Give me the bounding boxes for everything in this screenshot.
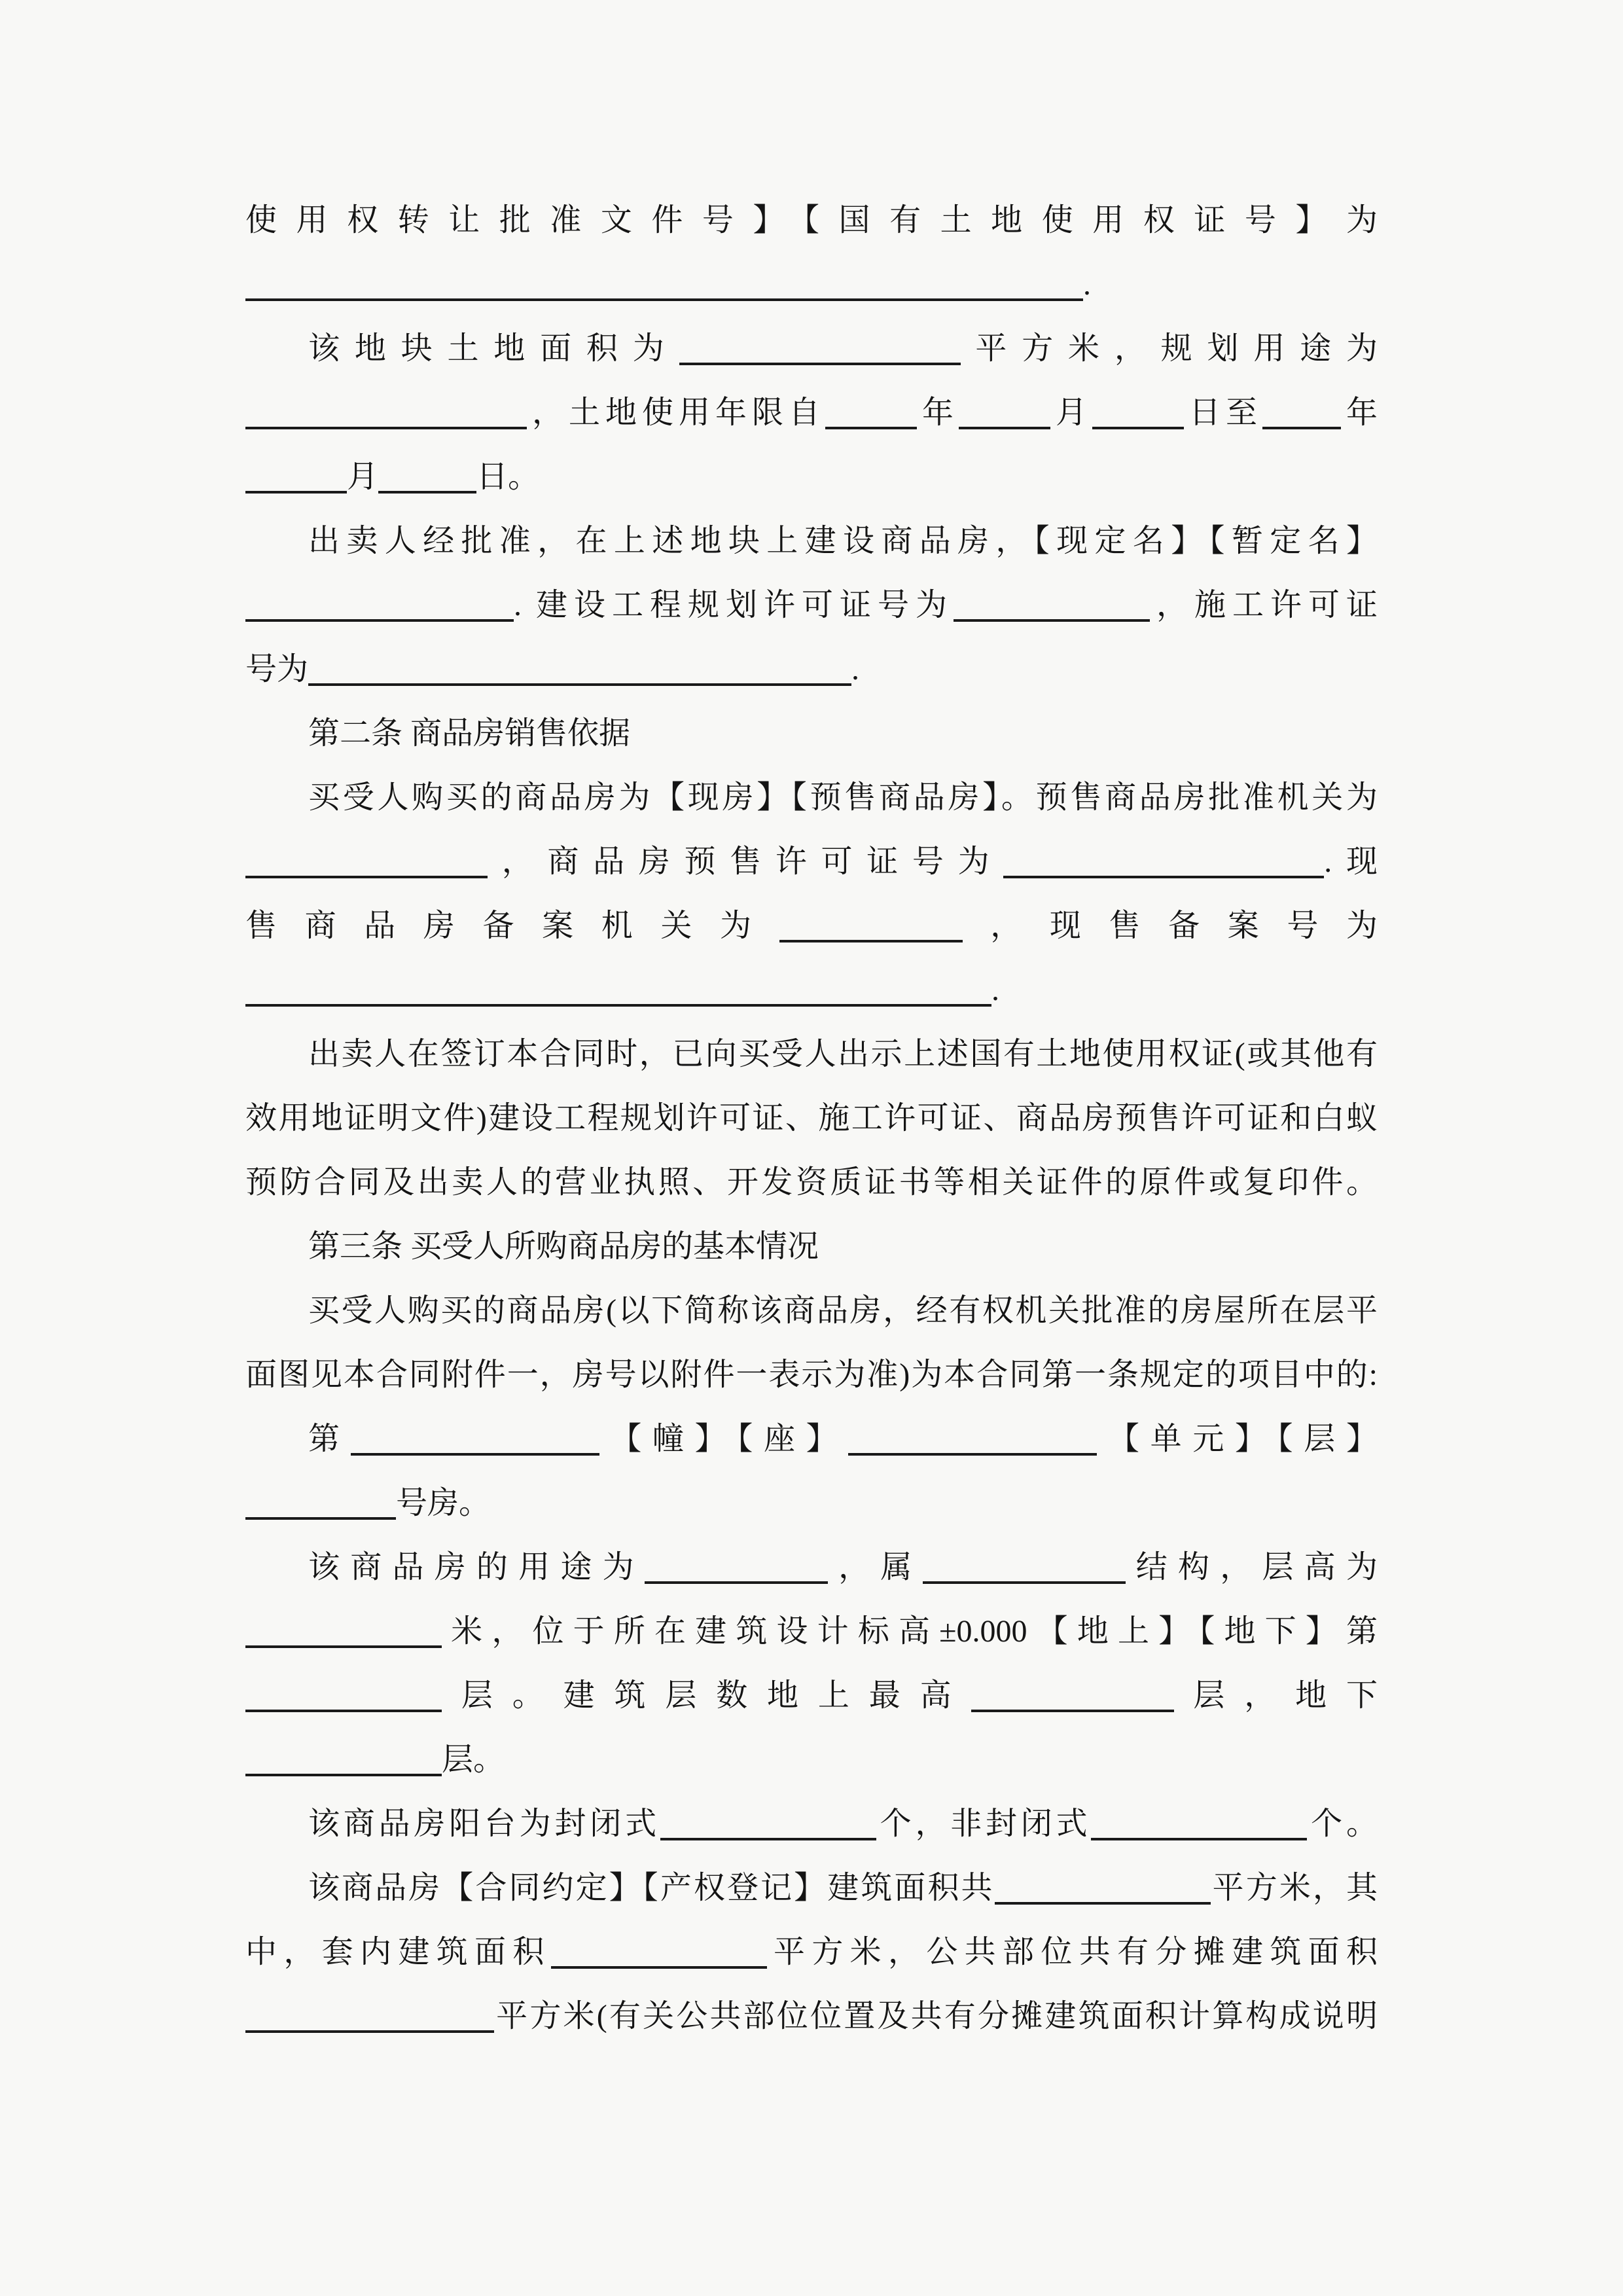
text-run: 第 xyxy=(308,1422,351,1456)
text-run: 该商品房的用途为 xyxy=(308,1550,645,1585)
contract-line-4: ，土地使用年限自年月日至年 xyxy=(245,381,1378,445)
text-run: 预防合同及出卖人的营业执照、开发资质证书等相关证件的原件或复印件。 xyxy=(245,1165,1378,1200)
blank-field xyxy=(245,289,1083,301)
contract-line-24: 层。建筑层数地上最高层，地下 xyxy=(245,1664,1378,1728)
text-run: 平方米，其 xyxy=(1211,1871,1378,1905)
contract-line-14: 出卖人在签订本合同时，已向买受人出示上述国有土地使用权证(或其他有 xyxy=(245,1022,1378,1086)
contract-line-3: 该地块土地面积为平方米，规划用途为 xyxy=(245,317,1378,381)
text-run: 个。 xyxy=(1307,1806,1378,1841)
contract-line-26: 该商品房阳台为封闭式个，非封闭式个。 xyxy=(245,1792,1378,1856)
blank-field xyxy=(308,674,851,686)
blank-field xyxy=(825,418,917,429)
text-run: 号为 xyxy=(245,652,308,687)
blank-field xyxy=(954,610,1150,622)
contract-line-28: 中，套内建筑面积平方米，公共部位共有分摊建筑面积 xyxy=(245,1920,1378,1984)
blank-field xyxy=(245,2021,494,2033)
blank-field xyxy=(245,1765,442,1776)
contract-line-16: 预防合同及出卖人的营业执照、开发资质证书等相关证件的原件或复印件。 xyxy=(245,1151,1378,1215)
blank-field xyxy=(551,1957,767,1969)
blank-field xyxy=(351,1444,599,1456)
contract-line-6: 出卖人经批准，在上述地块上建设商品房，【现定名】【暂定名】 xyxy=(245,509,1378,573)
text-run: 结构，层高为 xyxy=(1126,1550,1378,1585)
blank-field xyxy=(245,1508,396,1520)
blank-field xyxy=(848,1444,1097,1456)
text-run: 层。建筑层数地上最高 xyxy=(442,1678,971,1713)
text-run: ，属 xyxy=(828,1550,923,1585)
text-run: 平方米(有关公共部位位置及共有分摊建筑面积计算构成说明 xyxy=(494,1999,1378,2034)
blank-field xyxy=(1092,418,1184,429)
contract-line-8: 号为. xyxy=(245,637,1378,702)
text-run: 米，位于所在建筑设计标高±0.000【地上】【地下】第 xyxy=(442,1614,1378,1649)
blank-field xyxy=(679,353,961,365)
blank-field xyxy=(660,1829,876,1840)
text-run: 出卖人经批准，在上述地块上建设商品房，【现定名】【暂定名】 xyxy=(308,524,1378,558)
text-run: ，土地使用年限自 xyxy=(527,395,825,430)
blank-field xyxy=(1091,1829,1307,1840)
blank-field xyxy=(245,867,488,878)
blank-field xyxy=(645,1572,828,1584)
contract-line-1: 使用权转让批准文件号】【国有土地使用权证号】为 xyxy=(245,188,1378,253)
text-run: 该商品房阳台为封闭式 xyxy=(308,1806,660,1841)
contract-line-20: 第【幢】【座】【单元】【层】 xyxy=(245,1407,1378,1471)
text-run: 【幢】【座】 xyxy=(599,1422,849,1456)
text-run: .现 xyxy=(1324,844,1378,879)
text-run: 使用权转让批准文件号】【国有土地使用权证号】为 xyxy=(245,203,1378,238)
text-run: 中，套内建筑面积 xyxy=(245,1935,551,1969)
text-run: 效用地证明文件)建设工程规划许可证、施工许可证、商品房预售许可证和白蚁 xyxy=(245,1101,1378,1136)
contract-line-17: 第三条 买受人所购商品房的基本情况 xyxy=(245,1215,1378,1279)
contract-line-18: 买受人购买的商品房(以下简称该商品房，经有权机关批准的房屋所在层平 xyxy=(245,1279,1378,1343)
contract-line-7: . 建设工程规划许可证号为，施工许可证 xyxy=(245,573,1378,637)
text-run: 出卖人在签订本合同时，已向买受人出示上述国有土地使用权证(或其他有 xyxy=(308,1037,1378,1071)
text-run: 日。 xyxy=(476,459,539,494)
blank-field xyxy=(779,931,963,942)
blank-field xyxy=(995,1893,1211,1905)
text-run: ，现售备案号为 xyxy=(963,908,1378,943)
text-run: 号房。 xyxy=(396,1486,490,1520)
blank-field xyxy=(923,1572,1126,1584)
blank-field xyxy=(245,418,527,429)
blank-field xyxy=(378,482,476,493)
blank-field xyxy=(1262,418,1341,429)
text-run: 年 xyxy=(1341,395,1378,430)
text-run: 个，非封闭式 xyxy=(876,1806,1092,1841)
contract-line-23: 米，位于所在建筑设计标高±0.000【地上】【地下】第 xyxy=(245,1600,1378,1664)
text-run: ，商品房预售许可证号为 xyxy=(488,844,1003,879)
text-run: 层。 xyxy=(442,1742,505,1777)
contract-line-10: 买受人购买的商品房为【现房】【预售商品房】。预售商品房批准机关为 xyxy=(245,766,1378,830)
text-run: 月 xyxy=(1050,395,1092,430)
contract-line-27: 该商品房【合同约定】【产权登记】建筑面积共平方米，其 xyxy=(245,1856,1378,1920)
contract-line-15: 效用地证明文件)建设工程规划许可证、施工许可证、商品房预售许可证和白蚁 xyxy=(245,1086,1378,1151)
contract-line-22: 该商品房的用途为，属结构，层高为 xyxy=(245,1535,1378,1600)
text-run: 第三条 买受人所购商品房的基本情况 xyxy=(308,1229,819,1264)
text-run: 日至 xyxy=(1184,395,1262,430)
contract-line-12: 售商品房备案机关为，现售备案号为 xyxy=(245,894,1378,958)
text-run: 年 xyxy=(917,395,959,430)
text-run: 平方米，规划用途为 xyxy=(961,331,1378,366)
contract-line-13: . xyxy=(245,958,1378,1022)
blank-field xyxy=(245,1636,442,1648)
blank-field xyxy=(245,610,514,622)
text-run: . 建设工程规划许可证号为 xyxy=(514,588,954,622)
text-run: 【单元】【层】 xyxy=(1097,1422,1378,1456)
text-run: . xyxy=(851,652,859,687)
text-run: 该地块土地面积为 xyxy=(308,331,679,366)
blank-field xyxy=(959,418,1050,429)
text-run: 该商品房【合同约定】【产权登记】建筑面积共 xyxy=(308,1871,995,1905)
text-run: 月 xyxy=(347,459,378,494)
text-run: ，施工许可证 xyxy=(1150,588,1378,622)
contract-line-25: 层。 xyxy=(245,1728,1378,1792)
text-run: . xyxy=(1083,267,1091,302)
contract-line-9: 第二条 商品房销售依据 xyxy=(245,702,1378,766)
contract-line-19: 面图见本合同附件一，房号以附件一表示为准)为本合同第一条规定的项目中的: xyxy=(245,1343,1378,1407)
contract-line-11: ，商品房预售许可证号为.现 xyxy=(245,830,1378,894)
contract-body: 使用权转让批准文件号】【国有土地使用权证号】为.该地块土地面积为平方米，规划用途… xyxy=(245,188,1378,2049)
text-run: 平方米，公共部位共有分摊建筑面积 xyxy=(767,1935,1378,1969)
contract-line-2: . xyxy=(245,253,1378,317)
contract-line-21: 号房。 xyxy=(245,1471,1378,1535)
blank-field xyxy=(245,995,991,1007)
text-run: 层，地下 xyxy=(1174,1678,1378,1713)
document-page: 使用权转让批准文件号】【国有土地使用权证号】为.该地块土地面积为平方米，规划用途… xyxy=(0,0,1623,2296)
blank-field xyxy=(245,482,347,493)
text-run: 第二条 商品房销售依据 xyxy=(308,716,630,751)
blank-field xyxy=(971,1700,1174,1712)
text-run: 面图见本合同附件一，房号以附件一表示为准)为本合同第一条规定的项目中的: xyxy=(245,1357,1378,1392)
blank-field xyxy=(245,1700,442,1712)
text-run: 买受人购买的商品房(以下简称该商品房，经有权机关批准的房屋所在层平 xyxy=(308,1293,1378,1328)
contract-line-5: 月日。 xyxy=(245,445,1378,509)
blank-field xyxy=(1003,867,1324,878)
text-run: 买受人购买的商品房为【现房】【预售商品房】。预售商品房批准机关为 xyxy=(308,780,1378,815)
text-run: 售商品房备案机关为 xyxy=(245,908,779,943)
text-run: . xyxy=(991,973,999,1007)
contract-line-29: 平方米(有关公共部位位置及共有分摊建筑面积计算构成说明 xyxy=(245,1984,1378,2049)
